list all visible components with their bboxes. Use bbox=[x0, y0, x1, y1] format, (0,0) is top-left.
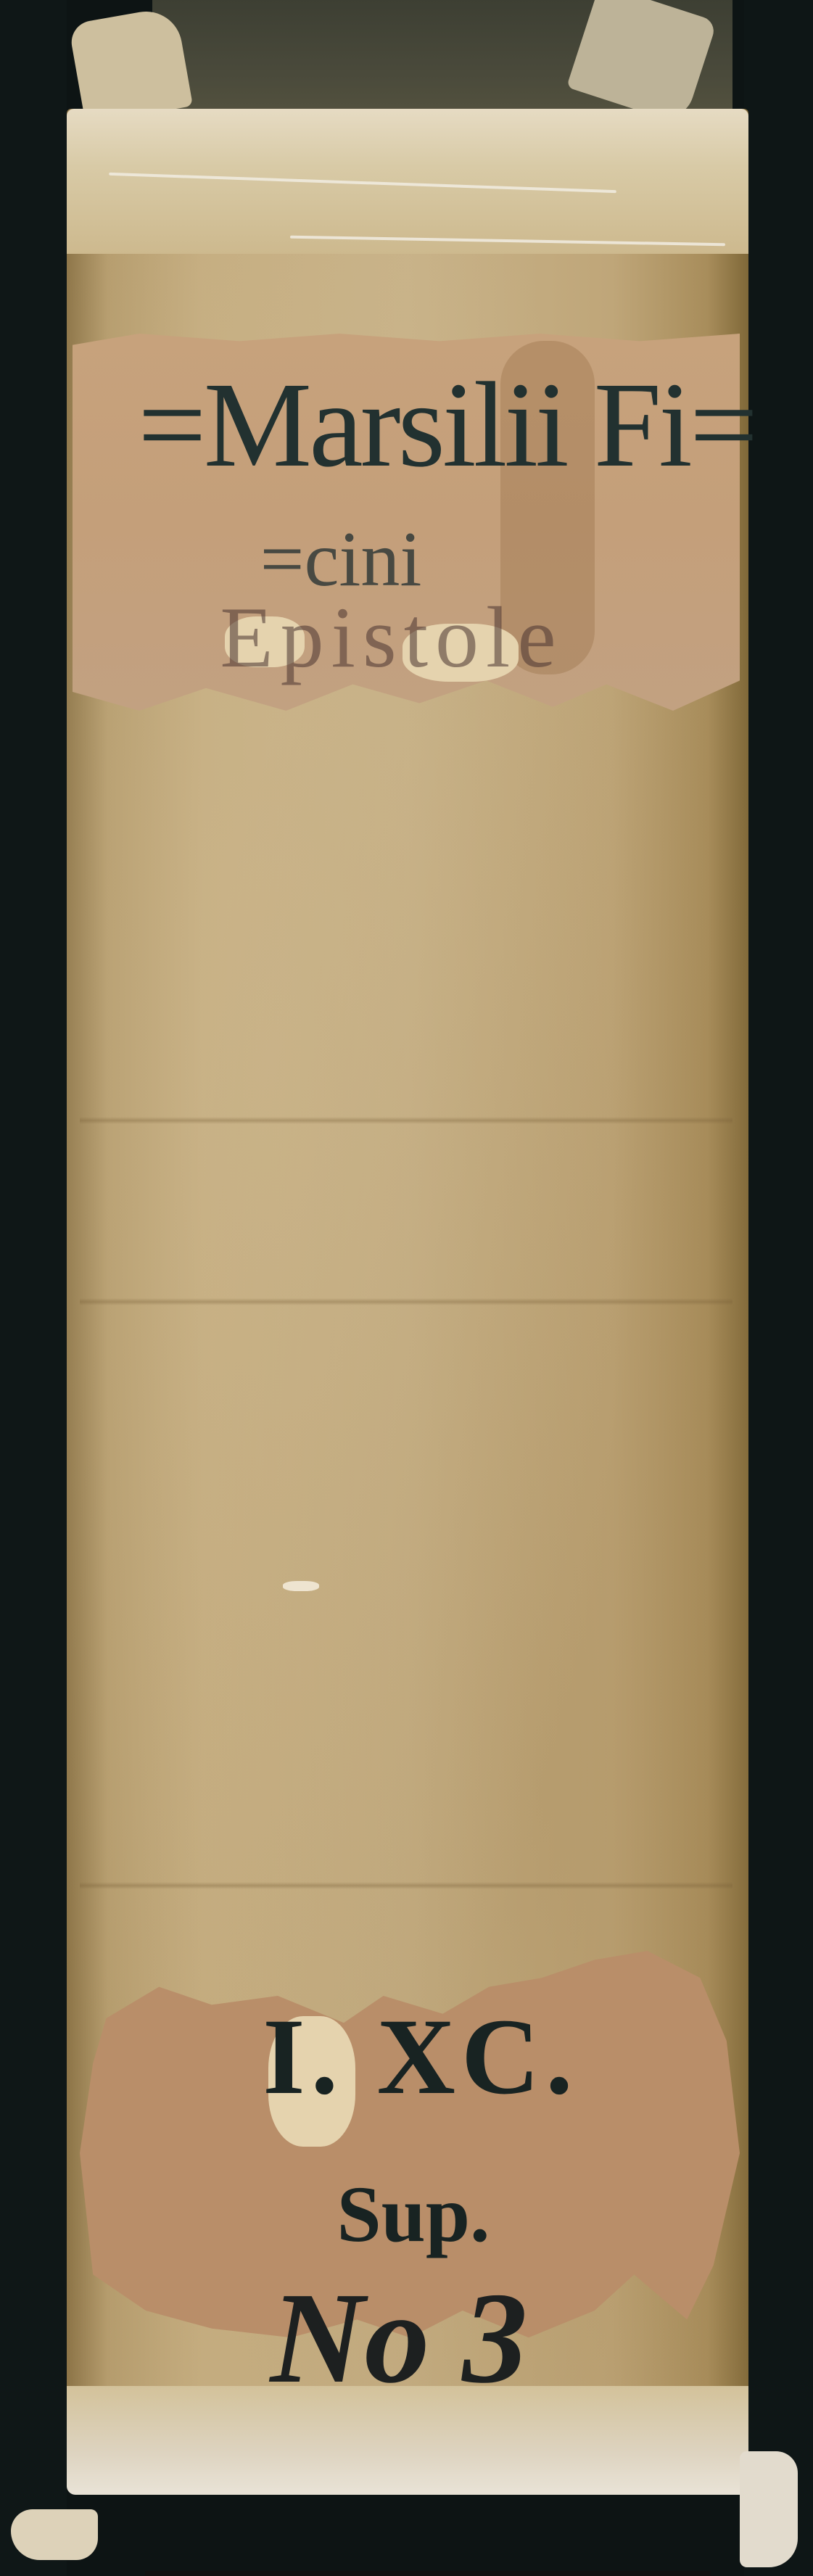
spine-headcap bbox=[67, 109, 748, 254]
torn-vellum-flap-bottom-right bbox=[740, 2451, 798, 2567]
spine-title-line-3: Epistole bbox=[167, 587, 616, 688]
shelfmark-line-1: I. XC. bbox=[167, 1994, 674, 2119]
spine-tailcap bbox=[67, 2386, 748, 2495]
spine-raised-band bbox=[80, 1882, 732, 1889]
spine-raised-band bbox=[80, 1298, 732, 1305]
dark-background-left bbox=[0, 0, 67, 2576]
spine-raised-band bbox=[80, 1117, 732, 1124]
bottom-edge bbox=[145, 2571, 711, 2576]
shelfmark-line-2: Sup. bbox=[305, 2168, 522, 2261]
vellum-scuff bbox=[283, 1581, 319, 1591]
spine-title-line-1: =Marsilii Fi= bbox=[138, 355, 689, 495]
torn-vellum-flap-bottom-left bbox=[11, 2509, 98, 2560]
